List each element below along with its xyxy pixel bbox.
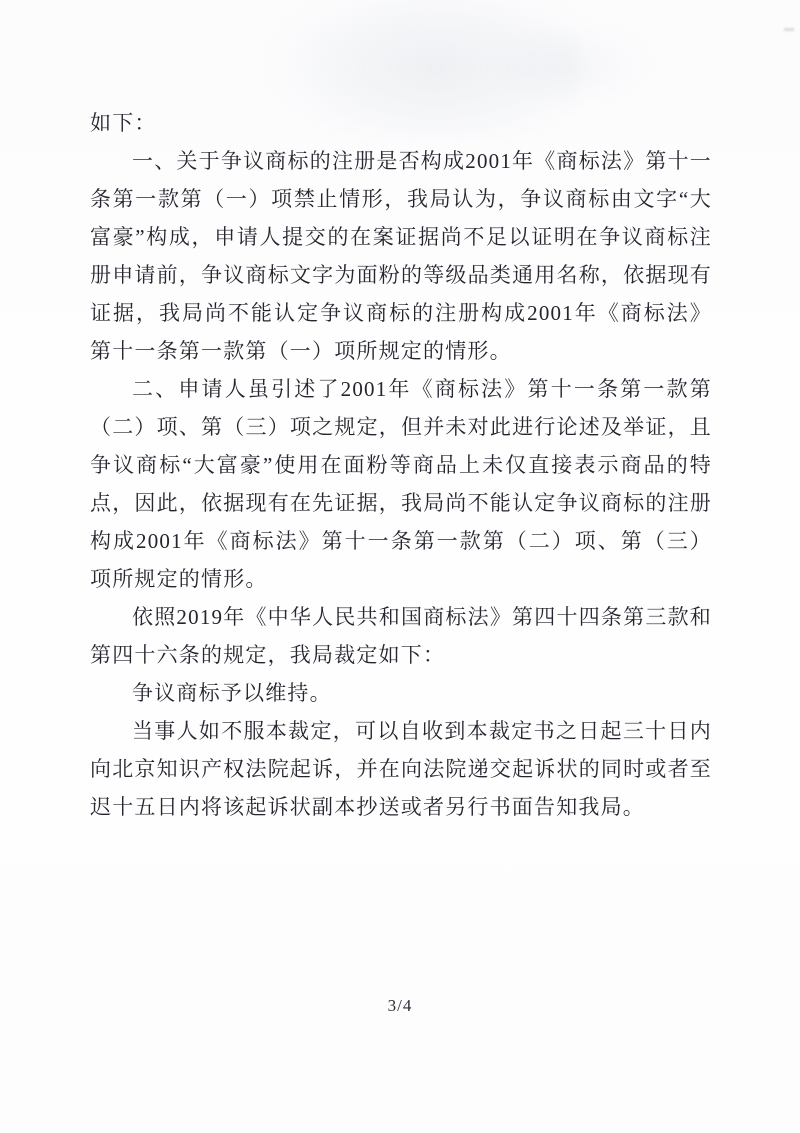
paragraph-3: 依照2019年《中华人民共和国商标法》第四十四条第三款和第四十六条的规定，我局裁…: [90, 598, 712, 674]
page-number-text: 3/4: [388, 996, 413, 1015]
paragraph-4-ruling: 争议商标予以维持。: [90, 674, 712, 712]
paragraph-1: 一、关于争议商标的注册是否构成2001年《商标法》第十一条第一款第（一）项禁止情…: [90, 142, 712, 370]
paragraph-5-appeal-notice: 当事人如不服本裁定，可以自收到本裁定书之日起三十日内向北京知识产权法院起诉，并在…: [90, 712, 712, 826]
scan-edge-artifact: [784, 28, 794, 31]
document-body: 如下： 一、关于争议商标的注册是否构成2001年《商标法》第十一条第一款第（一）…: [90, 104, 712, 826]
continuation-line: 如下：: [90, 104, 712, 142]
document-page: 如下： 一、关于争议商标的注册是否构成2001年《商标法》第十一条第一款第（一）…: [0, 0, 800, 1133]
paragraph-2: 二、申请人虽引述了2001年《商标法》第十一条第一款第（二）项、第（三）项之规定…: [90, 370, 712, 598]
scan-smudge: [480, 20, 660, 110]
page-number: 3/4: [0, 996, 800, 1016]
